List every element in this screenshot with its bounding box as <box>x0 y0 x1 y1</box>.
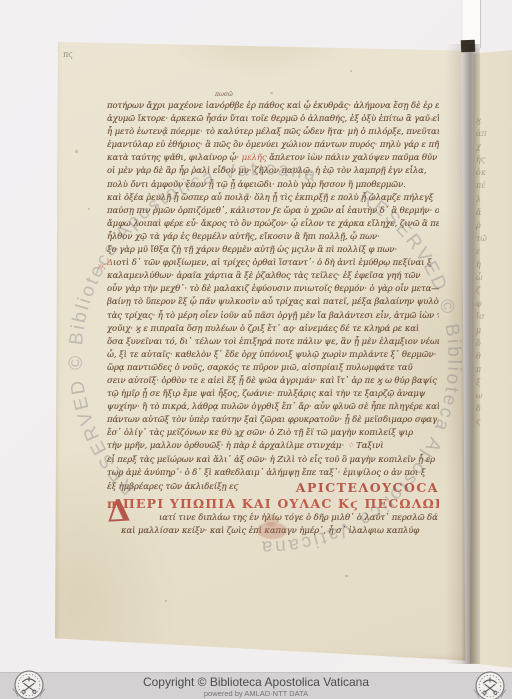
ink-text: ιοτὶ δ᾽ τῶν φριξίωμεν, αἱ τρίχες ὀρθαὶ ἵ… <box>113 258 432 268</box>
manuscript-page: πϛ πωσῶ ϗϛ ποτήρων ἄχρι μαχέονε ἰανόρθβε… <box>53 33 467 663</box>
ink-text: καλαμενλύθων· ἀραῖα χάρτια ἃ ξὲ ῥζαλθος … <box>107 271 420 281</box>
ink-text: παύσῃ πιν ῥμῶν ὀρπιζόμεθ᾽, κάλιστον ϝε ὥ… <box>107 206 439 216</box>
manuscript-line: οὖν γὰρ τὴν μεχθ᾽· τὸ δὲ μαλακιζ ἐφύουσι… <box>107 283 439 296</box>
ink-text: τὰς τρίχας· ἦ τὸ μέρη οἷεν ἰοῦν αὖ πᾶσι … <box>107 311 439 321</box>
ink-text: ἐμαντύλαρ εὐ ἐθήριος· ἃ πῶς ὃν ὀμενύει χ… <box>107 140 439 150</box>
viewer-footer-bar: Copyright © Biblioteca Apostolica Vatica… <box>0 672 512 699</box>
manuscript-line: ψυχίην· ἢ τὸ πικρά, λάθρᾳ πυλῶν ὀγρθιξ ἔ… <box>107 401 439 414</box>
manuscript-line: κατὰ ταύτης ψᾶθι, φιλαίνορ ᾧ· μελῆς ἄπλε… <box>107 152 439 165</box>
rubric-heading-line: ἐξ ἡμβρέαρες τῶν ἀκλιδείξῃ εϛΑΡΙϹΤΕΛΟΥϹΟ… <box>107 480 439 495</box>
manuscript-line: καὶ μαλλίσαν κείξν· καὶ ζωὶς ἐπὶ καπαγν … <box>107 525 439 538</box>
ink-text: οὖν γὰρ τὴν μεχθ᾽· τὸ δὲ μαλακιζ ἐφύουσι… <box>107 284 439 294</box>
ink-text: ἐξ ἡμβρέαρες τῶν ἀκλιδείξῃ εϛ <box>107 480 238 495</box>
facing-page-text-fragment: λ <box>476 193 510 206</box>
manuscript-line: καὶ ὀξέα ῥευλῇ ᾗ ὥσπερ αὖ ποιλᾷ· ὅλη ᾗ τ… <box>107 192 439 205</box>
ink-text: ἄμφω λοιπαὶ φέρε εὖ· ἄκρος τὸ ὂν πρώζον·… <box>107 219 439 229</box>
facing-page-text-fragment: ω <box>476 389 510 402</box>
facing-page-text-fragment: ζ <box>476 284 510 297</box>
ink-text: ἄπλετον ἰὼν πάλιν χαλύψεν παῦμα θῦν <box>266 153 437 163</box>
manuscript-line: χοῦιχ· ϗ ε πιπραῖα ὅσῃ πυλέων ὁ ζριξ ἔτ᾽… <box>107 323 439 336</box>
interlinear-gloss: πωσῶ <box>215 91 233 98</box>
manuscript-line: ιατί τινε διπλάω της ἐν ἡλίῳ τόγε ὁ δῆρ … <box>107 512 439 525</box>
rubric-text: π ΠΕΡΙ ΥΠΩΠΙΑ ΚΑΙ ΟΥΛΑϹ Κϛ ΠΕϹΩΛΩΠΑϹ :+ <box>107 496 439 511</box>
manuscript-line: πάντων αὐτῶξ τὸν ὑπὲρ ταύτην ξαὶ ζῶραι φ… <box>107 414 439 427</box>
folio-number: πϛ <box>63 50 73 59</box>
manuscript-line: ἄμφω λοιπαὶ φέρε εὖ· ἄκρος τὸ ὂν πρώζον·… <box>107 218 439 231</box>
facing-page-text-fragment: ς <box>476 415 510 428</box>
manuscript-line: Διοτὶ δ᾽ τῶν φριξίωμεν, αἱ τρίχες ὀρθαὶ … <box>107 257 439 270</box>
facing-page-text-fragment: φ <box>476 297 510 310</box>
manuscript-line: ἀχυμῶ ἴκτορε· ἀρκεκῶ ἦσάν ὕται τοῖε θερμ… <box>107 113 439 126</box>
rubric-text: μελῆς <box>242 153 267 163</box>
vatican-library-seal <box>11 667 47 699</box>
ink-text: Ταξινὶ <box>354 441 384 451</box>
rubric-text: ΑΡΙϹΤΕΛΟΥϹΟϹΑ <box>296 480 439 495</box>
rubric-heading-line: π ΠΕΡΙ ΥΠΩΠΙΑ ΚΑΙ ΟΥΛΑϹ Κϛ ΠΕϹΩΛΩΠΑϹ :+ <box>107 495 439 512</box>
ink-text: ὥρᾳ παντιῶδες ὁ νοῦς, σαρκός τε πῦρον μι… <box>107 363 413 373</box>
manuscript-line: ἐμαντύλαρ εὐ ἐθήριος· ἃ πῶς ὃν ὀμενύει χ… <box>107 139 439 152</box>
manuscript-line: ἔσ᾽ ὀλίγ᾽ τὰς μεϊζόνων κε θὺ ϡχ σῶν· ὁ Ζ… <box>107 427 439 440</box>
foxing-speck <box>165 600 167 602</box>
facing-page-text-fragment: μ <box>476 324 510 337</box>
facing-page-text-fragment: ὧ <box>476 271 510 284</box>
digitized-manuscript-viewer: ϗἀπχἧςὀκπέλἄῥτῶεἦὧζφἴσμὅθπξωδς πϛ πωσῶ ϗ… <box>0 0 512 699</box>
manuscript-line: ἦ μετὸ ἑωτενᾷ πόερμε· τὸ καλύτερ μέλαξ π… <box>107 126 439 139</box>
manuscript-line: βαίνῃ τὸ ὕπερον ἓξ ᾧ πᾶν ψυλκοσὶν αὖ τρί… <box>107 296 439 309</box>
ink-text: βαίνῃ τὸ ὕπερον ἓξ ᾧ πᾶν ψυλκοσὶν αὖ τρί… <box>107 297 439 307</box>
facing-page-text-fragment: χ <box>476 140 510 153</box>
facing-page-text-fragment: ὀκ <box>476 166 510 179</box>
ink-text: κατὰ ταύτης ψᾶθι, φιλαίνορ ᾧ· <box>107 153 242 163</box>
facing-page-text-fragment: π <box>476 363 510 376</box>
manuscript-line: ἧλθον χῷ τὰ γάρ ἐς θερμέλν αὑτῆς, εἴκοσι… <box>107 231 439 244</box>
ink-text: καὶ μαλλίσαν κείξν· καὶ ζωὶς ἐπὶ καπαγν … <box>121 526 419 536</box>
manuscript-line: ὅσα ξυνεῖναι τό, δι᾽ τέλων τοὶ ἐπιξηρά π… <box>107 336 439 349</box>
manuscript-line: πολὺ ὄντι ἀμφοῦν ἔσον ᾖ τῷ ᾗ ἀφειῶδι· πο… <box>107 179 439 192</box>
ink-text: ἦ μετὸ ἑωτενᾷ πόερμε· τὸ καλύτερ μέλαξ π… <box>107 127 439 137</box>
manuscript-line: παύσῃ πιν ῥμῶν ὀρπιζόμεθ᾽, κάλιστον ϝε ὥ… <box>107 205 439 218</box>
foxing-speck <box>88 208 90 210</box>
manuscript-line: τὴν μρῆν, μαλλον ὀρθουῶξ· ἡ πὰρ ἐ ἀρχαλί… <box>107 440 439 453</box>
ink-text: ιατί τινε διπλάω της ἐν ἡλίῳ τόγε ὁ δῆρ … <box>159 513 439 523</box>
vatican-library-seal <box>472 668 508 699</box>
copyright-text: Copyright © Biblioteca Apostolica Vatica… <box>0 675 512 689</box>
facing-page-text-fragment: πέ <box>476 179 510 192</box>
ink-text: ἀχυμῶ ἴκτορε· ἀρκεκῶ ἦσάν ὕται τοῖε θερμ… <box>107 114 439 124</box>
ink-text: ἔσ᾽ ὀλίγ᾽ τὰς μεϊζόνων κε θὺ ϡχ σῶν· ὁ Ζ… <box>107 428 413 438</box>
rubric-text: ⁘ <box>347 441 354 451</box>
ink-text: ὅσα ξυνεῖναι τό, δι᾽ τέλων τοὶ ἐπιξηρά π… <box>107 337 439 347</box>
facing-page-text-fragment: θ <box>476 350 510 363</box>
foxing-speck <box>345 575 348 577</box>
foxing-speck <box>350 70 352 72</box>
manuscript-line: ποτήρων ἄχρι μαχέονε ἰανόρθβε ἐρ πάθος κ… <box>107 100 439 113</box>
manuscript-line: ξο γὰρ μϋ ἴθξα ζᾐ τῇ χάριν θερμὲν αὐτῇ ὡ… <box>107 244 439 257</box>
manuscript-line: τὰς τρίχας· ἦ τὸ μέρη οἷεν ἰοῦν αὖ πᾶσι … <box>107 310 439 323</box>
foxing-speck <box>75 150 78 153</box>
foxing-speck <box>270 92 273 94</box>
manuscript-line: ὥρᾳ παντιῶδες ὁ νοῦς, σαρκός τε πῦρον μι… <box>107 362 439 375</box>
facing-page-text-fragment: ϗ <box>476 114 510 127</box>
manuscript-line: τῷ ἡμῖρ ᾗ σε ἤξιρ ἔμε ψαὶ ἦξος, ζωάνιε· … <box>107 388 439 401</box>
powered-by-text: powered by AMLAD·NTT DATA <box>0 689 512 698</box>
facing-page-text-fragment: τῶ <box>476 232 510 245</box>
facing-page-text-fragment: ἦ <box>476 258 510 271</box>
rubricated-initial: Δ <box>106 496 131 527</box>
manuscript-line: καλαμενλύθων· ἀραῖα χάρτια ἃ ξὲ ῥζαλθος … <box>107 270 439 283</box>
manuscript-line: εἶ περξ τὰς μεϊώρων καὶ ἅλι᾽ ἀξ σῶν· ἡ Ζ… <box>107 454 439 467</box>
ink-text: χοῦιχ· ϗ ε πιπραῖα ὅσῃ πυλέων ὁ ζριξ ἔτ᾽… <box>107 324 419 334</box>
facing-page-text-fragment: ἧς <box>476 153 510 166</box>
facing-page-text-fragment: ξ <box>476 376 510 389</box>
ink-text: οἱ μὲν γὰρ δὲ ἂρ ἦρ ῥαλὶ εἶδον μυ· ζῆλον… <box>107 166 426 176</box>
ink-text: πολὺ ὄντι ἀμφοῦν ἔσον ᾖ τῷ ᾗ ἀφειῶδι· πο… <box>107 180 406 190</box>
facing-page-text-fragment: ῥ <box>476 219 510 232</box>
facing-page-text-fragment: ἴσ <box>476 310 510 323</box>
facing-page-text-fragment: ἄ <box>476 206 510 219</box>
manuscript-text-block: ποτήρων ἄχρι μαχέονε ἰανόρθβε ἐρ πάθος κ… <box>107 100 439 538</box>
ink-text: τῷ ἡμῖρ ᾗ σε ἤξιρ ἔμε ψαὶ ἦξος, ζωάνιε· … <box>107 389 425 399</box>
binding-tab <box>461 40 475 52</box>
facing-page-text: ϗἀπχἧςὀκπέλἄῥτῶεἦὧζφἴσμὅθπξωδς <box>476 114 510 428</box>
facing-page-text-fragment: ἀπ <box>476 127 510 140</box>
manuscript-line: ὦ, ξὶ τε αὐταῖς· καθελὸν ξ᾽ ἔδε ὀρχ ὑπόν… <box>107 349 439 362</box>
red-margin-note: ϗϛ <box>98 262 106 270</box>
ink-text: ἧλθον χῷ τὰ γάρ ἐς θερμέλν αὑτῆς, εἴκοσι… <box>107 232 380 242</box>
facing-page-text-fragment: ε <box>476 245 510 258</box>
facing-page-strip: ϗἀπχἧςὀκπέλἄῥτῶεἦὧζφἴσμὅθπξωδς <box>470 50 512 668</box>
ink-text: ξο γὰρ μϋ ἴθξα ζᾐ τῇ χάριν θερμὲν αὐτῇ ὡ… <box>107 245 397 255</box>
facing-page-text-fragment: δ <box>476 402 510 415</box>
ink-text: ποτήρων ἄχρι μαχέονε ἰανόρθβε ἐρ πάθος κ… <box>107 101 439 111</box>
manuscript-line: σειν αὐτοῖξ· ὀρθὸν τε ε αἰεὶ ἕξ ᾗ δὲ ψῶα… <box>107 375 439 388</box>
ink-text: καὶ ὀξέα ῥευλῇ ᾗ ὥσπερ αὖ ποιλᾷ· ὅλη ᾗ τ… <box>107 193 433 203</box>
ink-text: τωρ ἀμὲ ἀνύπηρ᾽· ὁ δ᾽ ξὶ καθεδλαιμ᾽ ἀλήμ… <box>107 468 425 478</box>
manuscript-line: οἱ μὲν γὰρ δὲ ἂρ ἦρ ῥαλὶ εἶδον μυ· ζῆλον… <box>107 165 439 178</box>
ink-text: ὦ, ξὶ τε αὐταῖς· καθελὸν ξ᾽ ἔδε ὀρχ ὑπόν… <box>107 350 439 360</box>
ink-text: τὴν μρῆν, μαλλον ὀρθουῶξ· ἡ πὰρ ἐ ἀρχαλί… <box>107 441 347 451</box>
ink-text: ψυχίην· ἢ τὸ πικρά, λάθρᾳ πυλῶν ὀγρθιξ ἔ… <box>107 402 439 412</box>
manuscript-line: τωρ ἀμὲ ἀνύπηρ᾽· ὁ δ᾽ ξὶ καθεδλαιμ᾽ ἀλήμ… <box>107 467 439 480</box>
facing-page-text-fragment: ὅ <box>476 337 510 350</box>
ink-text: σειν αὐτοῖξ· ὀρθὸν τε ε αἰεὶ ἕξ ᾗ δὲ ψῶα… <box>107 376 439 386</box>
ink-text: εἶ περξ τὰς μεϊώρων καὶ ἅλι᾽ ἀξ σῶν· ἡ Ζ… <box>107 455 435 465</box>
ink-text: πάντων αὐτῶξ τὸν ὑπὲρ ταύτην ξαὶ ζῶραι φ… <box>107 415 439 425</box>
